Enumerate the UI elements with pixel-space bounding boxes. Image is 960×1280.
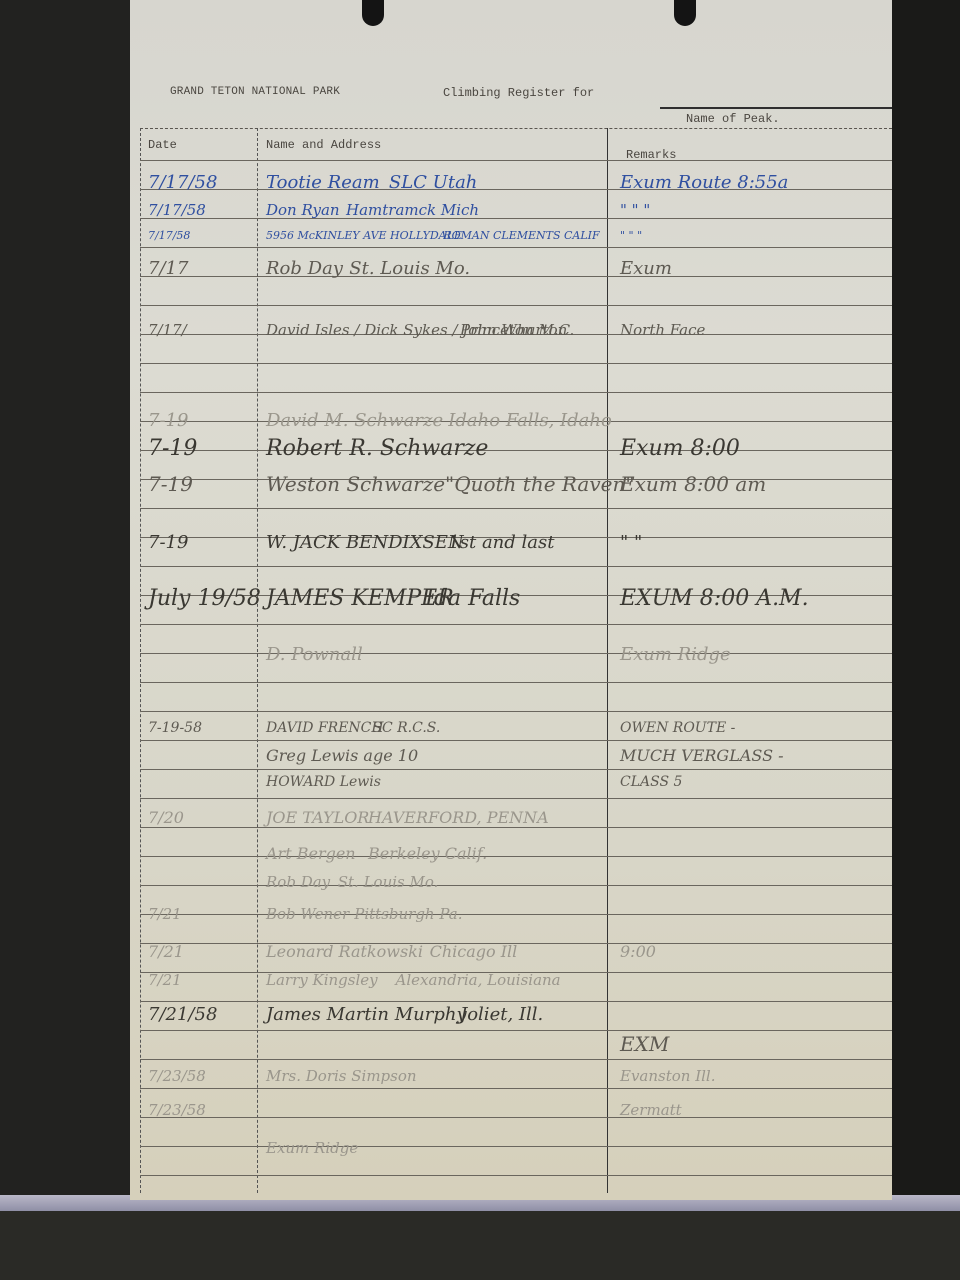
entry-remarks: Evanston Ill.	[620, 1067, 716, 1085]
entry-address: 1st and last	[448, 532, 554, 553]
entry-remarks: CLASS 5	[620, 774, 682, 790]
entry-date: 7/17	[148, 258, 188, 279]
park-title: GRAND TETON NATIONAL PARK	[170, 86, 340, 98]
entry-remarks: EXM	[620, 1032, 669, 1056]
entry-date: 7/17/58	[148, 229, 190, 242]
ruled-line	[140, 276, 892, 277]
ruled-line	[140, 885, 892, 886]
peak-name-line	[660, 107, 892, 109]
entry-date: 7/21	[148, 905, 182, 923]
entry-name: Rob Day	[266, 873, 330, 891]
ruled-line	[140, 1030, 892, 1031]
entry-address: Joliet, Ill.	[460, 1004, 543, 1025]
ruled-line	[140, 450, 892, 451]
ruled-line	[140, 363, 892, 364]
entry-remarks: " "	[620, 532, 642, 553]
entry-date: 7/17/58	[148, 172, 217, 193]
col-header-date: Date	[148, 138, 177, 152]
col-header-name: Name and Address	[266, 138, 381, 152]
background-left	[0, 0, 140, 1200]
entry-name: Exum Ridge	[266, 1139, 358, 1157]
entry-address: Alexandria, Louisiana	[396, 971, 561, 989]
entry-date: 7/21/58	[148, 1004, 217, 1025]
entry-date: 7-19	[148, 436, 197, 461]
entry-address: Pittsburgh Pa.	[354, 905, 462, 923]
col-rule	[140, 128, 141, 1193]
entry-address: "Quoth the Raven"	[445, 472, 635, 496]
ruled-line	[140, 1001, 892, 1002]
entry-remarks: EXUM 8:00 A.M.	[620, 586, 809, 611]
ruled-line	[140, 682, 892, 683]
ruled-line	[140, 798, 892, 799]
entry-date: 7/17/58	[148, 201, 206, 219]
entry-name: Weston Schwarze	[266, 472, 445, 496]
background-bottom	[0, 1211, 960, 1280]
entry-address: St. Louis Mo.	[338, 873, 439, 891]
entry-remarks: MUCH VERGLASS -	[620, 746, 784, 765]
entry-remarks: 9:00	[620, 942, 656, 961]
entry-remarks: Exum Ridge	[620, 644, 731, 665]
entry-date: 7/21	[148, 942, 184, 961]
entry-address: Princeton M.C.	[460, 321, 574, 339]
ruled-line	[140, 160, 892, 161]
ruled-line	[140, 914, 892, 915]
entry-name: Robert R. Schwarze	[266, 436, 488, 461]
entry-date: 7/23/58	[148, 1067, 206, 1085]
ruled-line	[140, 740, 892, 741]
entry-name: Art Bergen	[266, 844, 356, 863]
entry-address: Ida Falls	[425, 586, 520, 611]
entry-date: 7/21	[148, 971, 182, 989]
entry-date: 7/20	[148, 808, 184, 827]
entry-remarks: Exum 8:00 am	[620, 472, 766, 496]
entry-remarks: " " "	[620, 201, 650, 219]
ruled-line	[140, 653, 892, 654]
entry-date: 7/17/	[148, 321, 187, 339]
entry-remarks: Exum	[620, 258, 672, 279]
ruled-line	[140, 856, 892, 857]
ruled-line	[140, 1146, 892, 1147]
entry-name: W. JACK BENDIXSEN	[266, 532, 464, 553]
entry-address: SC R.C.S.	[372, 720, 440, 736]
entry-address: HAVERFORD, PENNA	[368, 808, 549, 827]
punch-hole	[674, 0, 696, 26]
entry-date: 7-19	[148, 410, 188, 431]
register-label: Climbing Register for	[443, 86, 594, 100]
ruled-line	[140, 247, 892, 248]
peak-name-label: Name of Peak.	[686, 112, 780, 126]
table-top-rule	[140, 128, 892, 129]
ruled-line	[140, 218, 892, 219]
background-right	[885, 0, 960, 1200]
col-rule	[257, 128, 258, 1193]
entry-name: Tootie Ream	[266, 172, 380, 193]
entry-name: David M. Schwarze	[266, 410, 443, 431]
entry-remarks: North Face	[620, 321, 705, 339]
punch-hole	[362, 0, 384, 26]
ruled-line	[140, 1059, 892, 1060]
entry-address: Idaho Falls, Idaho	[448, 410, 612, 431]
ruled-line	[140, 1117, 892, 1118]
entry-name: Don Ryan	[266, 201, 340, 219]
entry-date: 7-19	[148, 472, 193, 496]
entry-name: Larry Kingsley	[266, 971, 378, 989]
entry-name: Mrs. Doris Simpson	[266, 1067, 417, 1085]
entry-date: 7-19-58	[148, 720, 202, 736]
entry-date: July 19/58	[148, 586, 261, 611]
entry-remarks: Zermatt	[620, 1101, 682, 1119]
entry-address: SLC Utah	[389, 172, 478, 193]
register-page: GRAND TETON NATIONAL PARK Climbing Regis…	[130, 0, 892, 1200]
entry-name: DAVID FRENCH	[266, 720, 384, 736]
ruled-line	[140, 624, 892, 625]
ruled-line	[140, 508, 892, 509]
entry-name: HOWARD Lewis	[266, 774, 381, 790]
entry-address: Hamtramck Mich	[346, 201, 479, 219]
entry-remarks: " " "	[620, 229, 642, 242]
entry-name: Bob Wener	[266, 905, 349, 923]
entry-remarks: Exum Route 8:55a	[620, 172, 788, 193]
ruled-line	[140, 1088, 892, 1089]
entry-remarks: OWEN ROUTE -	[620, 720, 735, 736]
entry-remarks: Exum 8:00	[620, 436, 740, 461]
entry-address: Chicago Ill	[430, 942, 518, 961]
ruled-line	[140, 392, 892, 393]
ruled-line	[140, 769, 892, 770]
entry-date: 7/23/58	[148, 1101, 206, 1119]
ruled-line	[140, 711, 892, 712]
ruled-line	[140, 827, 892, 828]
entry-name: 5956 McKINLEY AVE HOLLYDALE	[266, 229, 462, 242]
ruled-line	[140, 305, 892, 306]
entry-address: ROMAN CLEMENTS CALIF	[443, 229, 599, 242]
entry-address: St. Louis Mo.	[349, 258, 470, 279]
entry-date: 7-19	[148, 532, 188, 553]
col-rule	[607, 128, 608, 1193]
entry-name: James Martin Murphy	[266, 1004, 467, 1025]
entry-name: Greg Lewis age 10	[266, 746, 418, 765]
ruled-line	[140, 1175, 892, 1176]
ruled-line	[140, 566, 892, 567]
entry-name: D. Pownall	[266, 644, 363, 665]
entry-address: Berkeley Calif.	[368, 844, 487, 863]
entry-name: Rob Day	[266, 258, 343, 279]
entry-name: Leonard Ratkowski	[266, 942, 423, 961]
entry-name: JOE TAYLOR	[266, 808, 369, 827]
